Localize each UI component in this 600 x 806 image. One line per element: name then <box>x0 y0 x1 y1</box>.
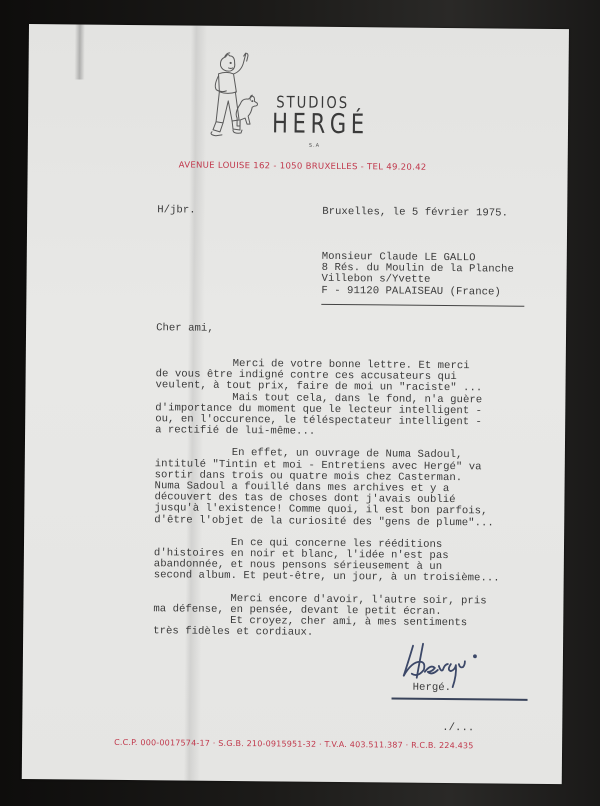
signer-name: Hergé. <box>413 683 452 695</box>
company-name-line2: HERGÉ <box>272 108 369 140</box>
recipient-line: F - 91120 PALAISEAU (France) <box>321 285 513 298</box>
company-suffix: S.A <box>309 143 320 149</box>
letter-page: STUDIOS HERGÉ S.A AVENUE LOUISE 162 - 10… <box>22 24 569 784</box>
tintin-snowy-illustration-icon <box>206 52 267 153</box>
reference-initials: H/jbr. <box>157 205 196 217</box>
salutation: Cher ami, <box>156 323 214 335</box>
letterhead-address: AVENUE LOUISE 162 - 1050 BRUXELLES - TEL… <box>179 160 427 172</box>
continuation-mark: ./... <box>442 723 474 735</box>
letter-body: Merci de votre bonne lettre. Et merci de… <box>153 358 502 641</box>
paragraph-book: En effet, un ouvrage de Numa Sadoul, int… <box>154 448 501 530</box>
registration-footer: C.C.P. 000-0017574-17 · S.G.B. 210-09159… <box>114 738 474 750</box>
recipient-underline <box>321 304 524 307</box>
recipient-address: Monsieur Claude LE GALLO 8 Rés. du Mouli… <box>321 252 514 299</box>
date-line: Bruxelles, le 5 février 1975. <box>322 207 508 220</box>
paragraph-thanks: Merci de votre bonne lettre. Et merci de… <box>155 358 502 440</box>
paragraph-closing: Merci encore d'avoir, l'autre soir, pris… <box>153 593 499 641</box>
paper-crease <box>74 24 85 79</box>
letterhead-logo: STUDIOS HERGÉ S.A <box>206 52 407 154</box>
paragraph-reissues: En ce qui concerne les rééditions d'hist… <box>154 537 500 585</box>
signature-underline <box>392 698 528 701</box>
